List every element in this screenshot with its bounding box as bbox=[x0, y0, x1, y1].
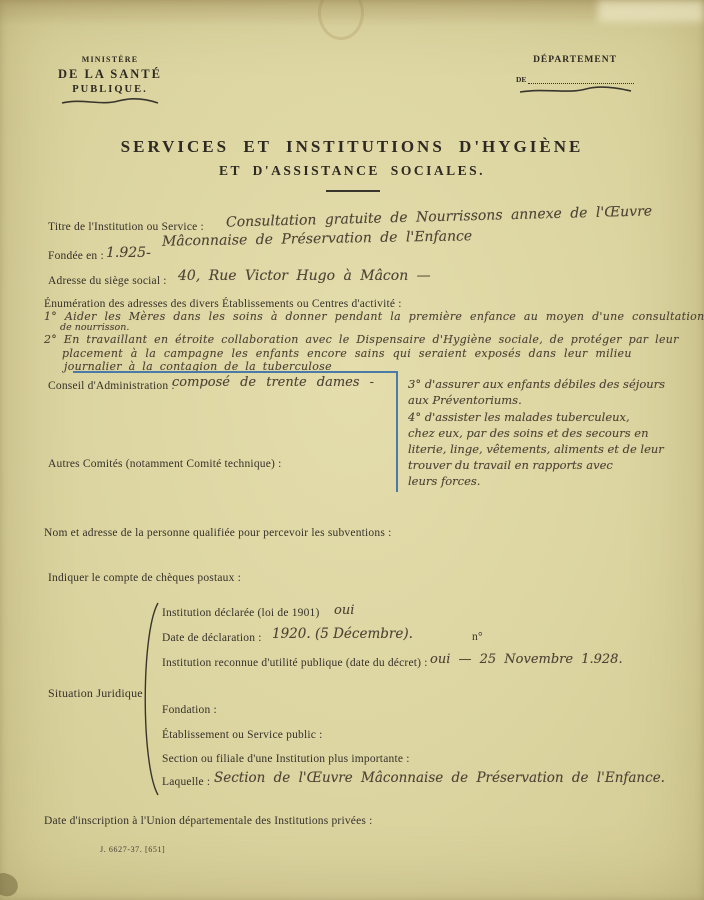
field-label-enumeration: Énumération des adresses des divers Étab… bbox=[44, 298, 402, 310]
ministry-block: MINISTÈRE DE LA SANTÉ PUBLIQUE. bbox=[58, 55, 162, 113]
hand-adresse: 40, Rue Victor Hugo à Mâcon — bbox=[178, 268, 431, 284]
hand-note-4c: literie, linge, vêtements, aliments et d… bbox=[408, 442, 664, 456]
title-rule bbox=[326, 190, 380, 192]
field-label-autres-comites: Autres Comités (notamment Comité techniq… bbox=[48, 458, 282, 470]
departement-block: DÉPARTEMENT DE bbox=[516, 55, 634, 102]
ministry-line2: DE LA SANTÉ bbox=[58, 67, 162, 82]
hand-laquelle: Section de l'Œuvre Mâconnaise de Préserv… bbox=[214, 770, 665, 786]
field-label-fondee: Fondée en : bbox=[48, 250, 104, 262]
blue-bracket-horizontal bbox=[73, 371, 398, 373]
hand-note-4a: 4° d'assister les malades tuberculeux, bbox=[408, 410, 630, 424]
departement-fill-line bbox=[528, 75, 634, 84]
field-label-situation: Situation Juridique bbox=[48, 686, 143, 701]
field-label-utilite: Institution reconnue d'utilité publique … bbox=[162, 657, 428, 669]
field-label-titre: Titre de l'Institution ou Service : bbox=[48, 221, 204, 233]
hand-note-3a: 3° d'assurer aux enfants débiles des séj… bbox=[408, 377, 665, 391]
field-label-date-declaration: Date de déclaration : bbox=[162, 632, 262, 644]
field-label-section: Section ou filiale d'une Institution plu… bbox=[162, 753, 410, 765]
hand-enum-item2b: placement à la campagne les enfants enco… bbox=[62, 347, 632, 360]
hand-utilite: oui — 25 Novembre 1.928. bbox=[430, 652, 623, 667]
print-imprint: J. 6627-37. [651] bbox=[100, 845, 165, 854]
blue-bracket-vertical bbox=[396, 371, 398, 492]
hand-enum-item2: 2° En travaillant en étroite collaborati… bbox=[44, 333, 679, 346]
hand-conseil: composé de trente dames - bbox=[172, 375, 374, 390]
paper-light-patch bbox=[598, 0, 704, 22]
paper-corner-mark bbox=[0, 871, 21, 899]
hand-titre-line2: Mâconnaise de Préservation de l'Enfance bbox=[162, 228, 472, 249]
field-label-conseil: Conseil d'Administration : bbox=[48, 380, 175, 392]
departement-de: DE bbox=[516, 75, 526, 84]
departement-label: DÉPARTEMENT bbox=[516, 55, 634, 65]
hand-date-declaration: 1920. (5 Décembre). bbox=[272, 626, 413, 642]
field-label-fondation: Fondation : bbox=[162, 704, 217, 716]
paper-ring-stain bbox=[318, 0, 364, 40]
hand-titre-line1: Consultation gratuite de Nourrissons ann… bbox=[226, 203, 652, 230]
field-label-personne: Nom et adresse de la personne qualifiée … bbox=[44, 527, 391, 539]
hand-note-4e: leurs forces. bbox=[408, 474, 480, 488]
flourish-underline-icon bbox=[60, 96, 160, 108]
field-label-laquelle: Laquelle : bbox=[162, 776, 210, 788]
hand-note-4d: trouver du travail en rapports avec bbox=[408, 458, 613, 472]
field-label-inscription: Date d'inscription à l'Union département… bbox=[44, 815, 373, 827]
scanned-form-page: MINISTÈRE DE LA SANTÉ PUBLIQUE. DÉPARTEM… bbox=[0, 0, 704, 900]
ministry-line1: MINISTÈRE bbox=[58, 55, 162, 64]
field-label-numero: n° bbox=[472, 631, 483, 643]
field-label-etablissement: Établissement ou Service public : bbox=[162, 729, 323, 741]
field-label-declaree: Institution déclarée (loi de 1901) bbox=[162, 607, 320, 619]
flourish-underline-icon bbox=[516, 85, 634, 97]
form-title-line1: SERVICES ET INSTITUTIONS D'HYGIÈNE bbox=[0, 137, 704, 157]
field-label-adresse: Adresse du siège social : bbox=[48, 275, 167, 287]
field-label-cheques: Indiquer le compte de chèques postaux : bbox=[48, 572, 241, 584]
ministry-line3: PUBLIQUE. bbox=[58, 84, 162, 95]
form-title-line2: ET D'ASSISTANCE SOCIALES. bbox=[0, 163, 704, 179]
hand-enum-item1b: de nourrisson. bbox=[60, 322, 129, 333]
departement-de-line: DE bbox=[516, 75, 634, 84]
hand-declaree: oui bbox=[334, 603, 354, 618]
hand-note-3b: aux Préventoriums. bbox=[408, 393, 522, 407]
hand-note-4b: chez eux, par des soins et des secours e… bbox=[408, 426, 649, 440]
hand-fondee: 1.925- bbox=[106, 245, 151, 261]
hand-enum-item1: 1° Aider les Mères dans les soins à donn… bbox=[44, 310, 704, 323]
